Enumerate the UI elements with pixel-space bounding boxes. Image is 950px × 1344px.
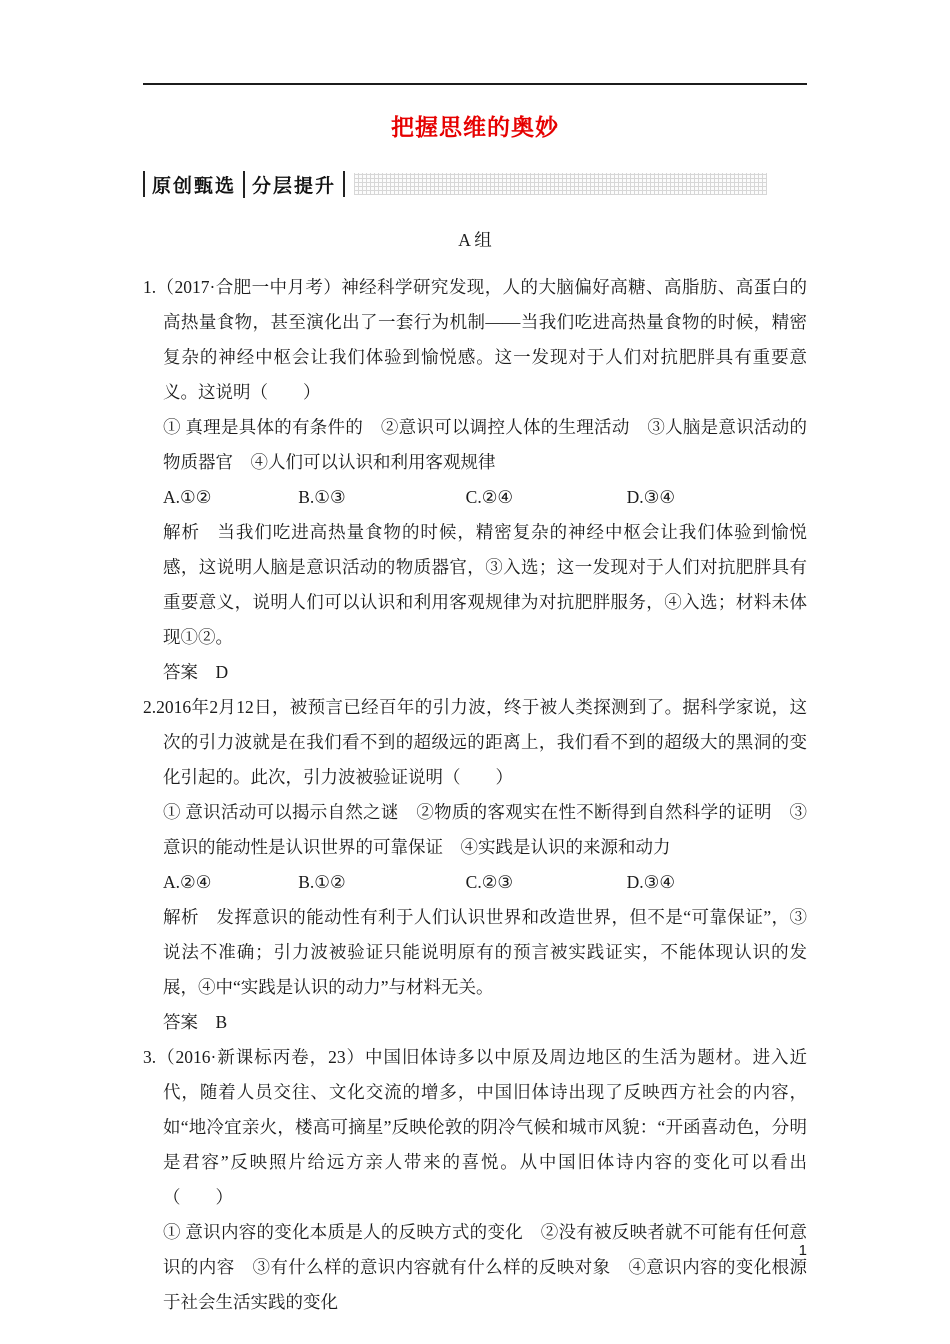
question: 1.（2017·合肥一中月考）神经科学研究发现，人的大脑偏好高糖、高脂肪、高蛋白… [143, 270, 807, 690]
question-number: 3. [143, 1047, 156, 1067]
page-title: 把握思维的奥妙 [143, 110, 807, 146]
answer-row: 答案D [163, 655, 807, 690]
question-items: ① 意识活动可以揭示自然之谜 ②物质的客观实在性不断得到自然科学的证明 ③意识的… [163, 795, 807, 865]
question-stem: 1.（2017·合肥一中月考）神经科学研究发现，人的大脑偏好高糖、高脂肪、高蛋白… [163, 270, 807, 410]
document-page: { "page": { "title": "把握思维的奥妙", "title_c… [0, 0, 950, 1344]
analysis-label: 解析 [163, 522, 200, 542]
question-stem: 2.2016年2月12日，被预言已经百年的引力波，终于被人类探测到了。据科学家说… [163, 690, 807, 795]
answer-row: 答案B [163, 1005, 807, 1040]
page-number: 1 [143, 1240, 807, 1262]
answer-value: B [216, 1012, 228, 1032]
option-b: B.①② [298, 865, 465, 900]
option-d: D.③④ [627, 865, 807, 900]
options-row: A.②④ B.①② C.②③ D.③④ [163, 865, 807, 900]
analysis-label: 解析 [163, 907, 199, 927]
hatch-pattern [354, 173, 767, 195]
question-stem-text: 2016年2月12日，被预言已经百年的引力波，终于被人类探测到了。据科学家说，这… [156, 697, 807, 787]
option-b: B.①③ [298, 480, 465, 515]
banner-label-right: 分层提升 [243, 171, 343, 198]
question-number: 1. [143, 277, 156, 297]
question-items: ① 真理是具体的有条件的 ②意识可以调控人体的生理活动 ③人脑是意识活动的物质器… [163, 410, 807, 480]
question-stem-text: （2016·新课标丙卷，23）中国旧体诗多以中原及周边地区的生活为题材。进入近代… [156, 1047, 807, 1207]
banner-label-left: 原创甄选 [145, 171, 243, 198]
question: 2.2016年2月12日，被预言已经百年的引力波，终于被人类探测到了。据科学家说… [143, 690, 807, 1040]
question-list: 1.（2017·合肥一中月考）神经科学研究发现，人的大脑偏好高糖、高脂肪、高蛋白… [143, 270, 807, 1320]
option-d: D.③④ [627, 480, 807, 515]
option-c: C.②③ [466, 865, 627, 900]
answer-label: 答案 [163, 1012, 198, 1032]
options-row: A.①② B.①③ C.②④ D.③④ [163, 480, 807, 515]
answer-label: 答案 [163, 662, 198, 682]
question-number: 2. [143, 697, 156, 717]
option-c: C.②④ [466, 480, 627, 515]
analysis-row: 解析发挥意识的能动性有利于人们认识世界和改造世界，但不是“可靠保证”，③说法不准… [163, 900, 807, 1005]
banner-text: 原创甄选 分层提升 [143, 171, 345, 197]
option-a: A.①② [163, 480, 298, 515]
header-rule [143, 83, 807, 85]
analysis-text: 发挥意识的能动性有利于人们认识世界和改造世界，但不是“可靠保证”，③说法不准确；… [163, 907, 807, 997]
analysis-row: 解析当我们吃进高热量食物的时候，精密复杂的神经中枢会让我们体验到愉悦感，这说明人… [163, 515, 807, 655]
question: 3.（2016·新课标丙卷，23）中国旧体诗多以中原及周边地区的生活为题材。进入… [143, 1040, 807, 1320]
analysis-text: 当我们吃进高热量食物的时候，精密复杂的神经中枢会让我们体验到愉悦感，这说明人脑是… [163, 522, 807, 647]
group-heading: A 组 [143, 226, 807, 254]
answer-value: D [216, 662, 229, 682]
option-a: A.②④ [163, 865, 298, 900]
question-stem-text: （2017·合肥一中月考）神经科学研究发现，人的大脑偏好高糖、高脂肪、高蛋白的高… [156, 277, 807, 402]
section-banner: 原创甄选 分层提升 [143, 170, 807, 198]
question-stem: 3.（2016·新课标丙卷，23）中国旧体诗多以中原及周边地区的生活为题材。进入… [163, 1040, 807, 1215]
question-items: ① 意识内容的变化本质是人的反映方式的变化 ②没有被反映者就不可能有任何意识的内… [163, 1215, 807, 1320]
